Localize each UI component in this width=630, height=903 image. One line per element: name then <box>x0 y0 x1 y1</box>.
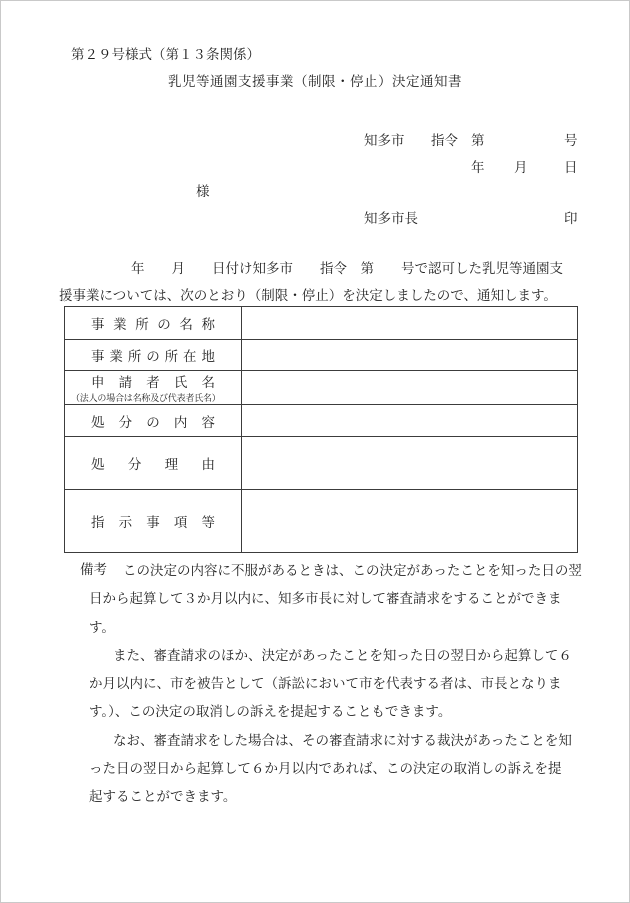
remarks-line: また、審査請求のほか、決定があったことを知った日の翌日から起算して６ <box>89 642 589 670</box>
directive-number-suffix: 号 <box>564 134 578 148</box>
remarks-line: 日から起算して３か月以内に、知多市長に対して審査請求をすることができま <box>89 585 589 613</box>
month-label: 月 <box>514 161 528 175</box>
row-value-cell <box>242 340 577 370</box>
row-value-cell <box>242 307 577 339</box>
directive-number-prefix: 第 <box>471 134 485 148</box>
row-label-cell: 処分の内容 <box>65 405 242 436</box>
remarks-line: った日の翌日から起算して６か月以内であれば、この決定の取消しの訴えを提 <box>89 755 589 783</box>
row-label: 事業所の所在地 <box>91 345 215 365</box>
day-label: 日 <box>564 161 578 175</box>
table-row-applicant-name: 申請者氏名 （法人の場合は名称及び代表者氏名） <box>65 370 577 404</box>
row-label-cell: 処分理由 <box>65 437 242 489</box>
remarks-line: この決定の内容に不服があるときは、この決定があったことを知った日の翌 <box>89 557 589 585</box>
row-label: 事業所の名称 <box>91 313 215 333</box>
row-value-cell <box>242 405 577 436</box>
remarks-line: す。）、この決定の取消しの訴えを提起することもできます。 <box>89 698 589 726</box>
table-row-disposition-content: 処分の内容 <box>65 404 577 436</box>
addressee-honorific: 様 <box>196 185 210 199</box>
row-value-cell <box>242 437 577 489</box>
document-title: 乳児等通園支援事業（制限・停止）決定通知書 <box>1 75 629 89</box>
intro-paragraph-line-1: 年 月 日付け知多市 指令 第 号で認可した乳児等通園支 <box>131 262 563 276</box>
year-label: 年 <box>471 161 485 175</box>
row-label-cell: 事業所の名称 <box>65 307 242 339</box>
intro-paragraph-line-2: 援事業については、次のとおり（制限・停止）を決定しましたので、通知します。 <box>59 289 557 303</box>
remarks-line: 起することができます。 <box>89 783 589 811</box>
document-page: 第２９号様式（第１３条関係） 乳児等通園支援事業（制限・停止）決定通知書 知多市… <box>0 0 630 903</box>
remarks-line: す。 <box>89 614 589 642</box>
notice-table: 事業所の名称 事業所の所在地 申請者氏名 （法人の場合は名称及び代表者氏名） 処… <box>64 306 578 553</box>
seal-label: 印 <box>564 212 578 226</box>
remarks-line: か月以内に、市を被告として（訴訟において市を代表する者は、市長となりま <box>89 670 589 698</box>
form-number: 第２９号様式（第１３条関係） <box>71 48 260 62</box>
row-label-cell: 申請者氏名 （法人の場合は名称及び代表者氏名） <box>65 371 242 404</box>
row-sublabel: （法人の場合は名称及び代表者氏名） <box>71 392 215 405</box>
issuer-name: 知多市長 <box>364 212 418 226</box>
row-label-cell: 指示事項等 <box>65 490 242 552</box>
row-label: 指示事項等 <box>91 511 215 531</box>
directive-label: 指令 <box>431 134 458 148</box>
table-row-business-address: 事業所の所在地 <box>65 339 577 370</box>
row-value-cell <box>242 371 577 404</box>
table-row-disposition-reason: 処分理由 <box>65 436 577 489</box>
city-label: 知多市 <box>364 134 405 148</box>
row-label: 申請者氏名 <box>91 371 215 391</box>
remarks-block: この決定の内容に不服があるときは、この決定があったことを知った日の翌 日から起算… <box>89 557 589 812</box>
row-label: 処分の内容 <box>91 411 215 431</box>
table-row-business-name: 事業所の名称 <box>65 307 577 339</box>
table-row-instructions: 指示事項等 <box>65 489 577 552</box>
row-label: 処分理由 <box>91 453 215 473</box>
row-label-cell: 事業所の所在地 <box>65 340 242 370</box>
row-value-cell <box>242 490 577 552</box>
remarks-line: なお、審査請求をした場合は、その審査請求に対する裁決があったことを知 <box>89 727 589 755</box>
